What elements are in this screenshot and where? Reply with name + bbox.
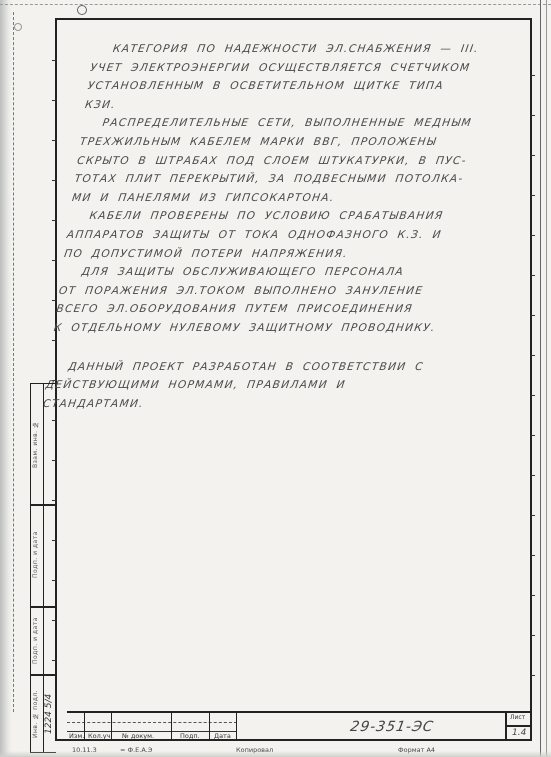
note-line: по допустимой потери напряжения. — [63, 245, 516, 264]
note-line: трехжильным кабелем марки ВВГ, проложены — [79, 133, 532, 152]
side-label-original-inv: Инв. № подл. — [32, 678, 43, 750]
note-line: установленным в осветительном щитке типа — [86, 77, 539, 96]
document-code: 29-351-ЭС — [306, 719, 479, 735]
right-edge-line — [540, 0, 542, 757]
binding-margin-line — [13, 12, 15, 712]
note-line: КЗИ. — [84, 96, 537, 115]
paragraph-compliance: Данный проект разработан в соответствии … — [42, 358, 500, 414]
note-line: Для защиты обслуживающего персонала — [60, 263, 513, 282]
sheet-label: Лист — [510, 714, 525, 721]
sheet-number: 1.4 — [512, 728, 526, 738]
scan-shadow — [0, 0, 12, 757]
tb-col-signature: Подп. — [172, 713, 210, 741]
paragraph-category: Категория по надежности эл.снабжения — I… — [84, 40, 544, 114]
punch-hole — [77, 5, 87, 15]
note-line: аппаратов защиты от тока однофазного К.З… — [65, 226, 518, 245]
tb-col-count: Кол.уч. — [85, 713, 112, 741]
note-line: скрыто в штрабах под слоем штукатурки, в… — [76, 152, 529, 171]
note-line: Учет электроэнергии осуществляется счетч… — [89, 59, 542, 78]
tb-col-change: Изм. — [67, 713, 85, 741]
note-line: стандартами. — [42, 395, 495, 414]
inventory-number: 1224 5/4 — [44, 678, 56, 750]
side-label-signature-date: Подп. и дата — [32, 508, 43, 602]
side-stamp: Взам. инв. № Подп. и дата Подп. и дата И… — [30, 383, 56, 753]
note-line: действующими нормами, правилами и — [44, 376, 497, 395]
note-line: к отдельному нулевому защитному проводни… — [52, 319, 505, 338]
explanatory-note: Категория по надежности эл.снабжения — I… — [42, 40, 544, 413]
note-line: тотах плит перекрытий, за подвесными пот… — [73, 170, 526, 189]
note-line: от поражения эл.током выполнено занулени… — [58, 282, 511, 301]
paragraph-cables: Кабели проверены по условию срабатывания… — [63, 207, 521, 263]
note-line: Кабели проверены по условию срабатывания — [68, 207, 521, 226]
note-line: Данный проект разработан в соответствии … — [47, 358, 500, 377]
scan-shadow-bottom — [0, 751, 551, 757]
sheet-box: Лист 1.4 — [505, 713, 532, 741]
side-label-signature-date-2: Подп. и дата — [32, 610, 43, 672]
tb-col-docnum: № докум. — [112, 713, 172, 741]
right-edge-line-outer — [546, 0, 548, 757]
note-line: Категория по надежности эл.снабжения — I… — [92, 40, 545, 59]
title-block: Изм. Кол.уч. № докум. Подп. Дата 29-351-… — [67, 711, 532, 741]
punch-hole-small — [14, 23, 22, 31]
paragraph-networks: Распределительные сети, выполненные медн… — [71, 114, 534, 207]
note-line: всего эл.оборудования путем присоединени… — [55, 300, 508, 319]
paragraph-protection: Для защиты обслуживающего персонала от п… — [52, 263, 512, 337]
tb-col-date: Дата — [210, 713, 237, 741]
side-label-replaced-inv: Взам. инв. № — [32, 388, 43, 500]
note-line: Распределительные сети, выполненные медн… — [81, 114, 534, 133]
note-line: ми и панелями из гипсокартона. — [71, 189, 524, 208]
